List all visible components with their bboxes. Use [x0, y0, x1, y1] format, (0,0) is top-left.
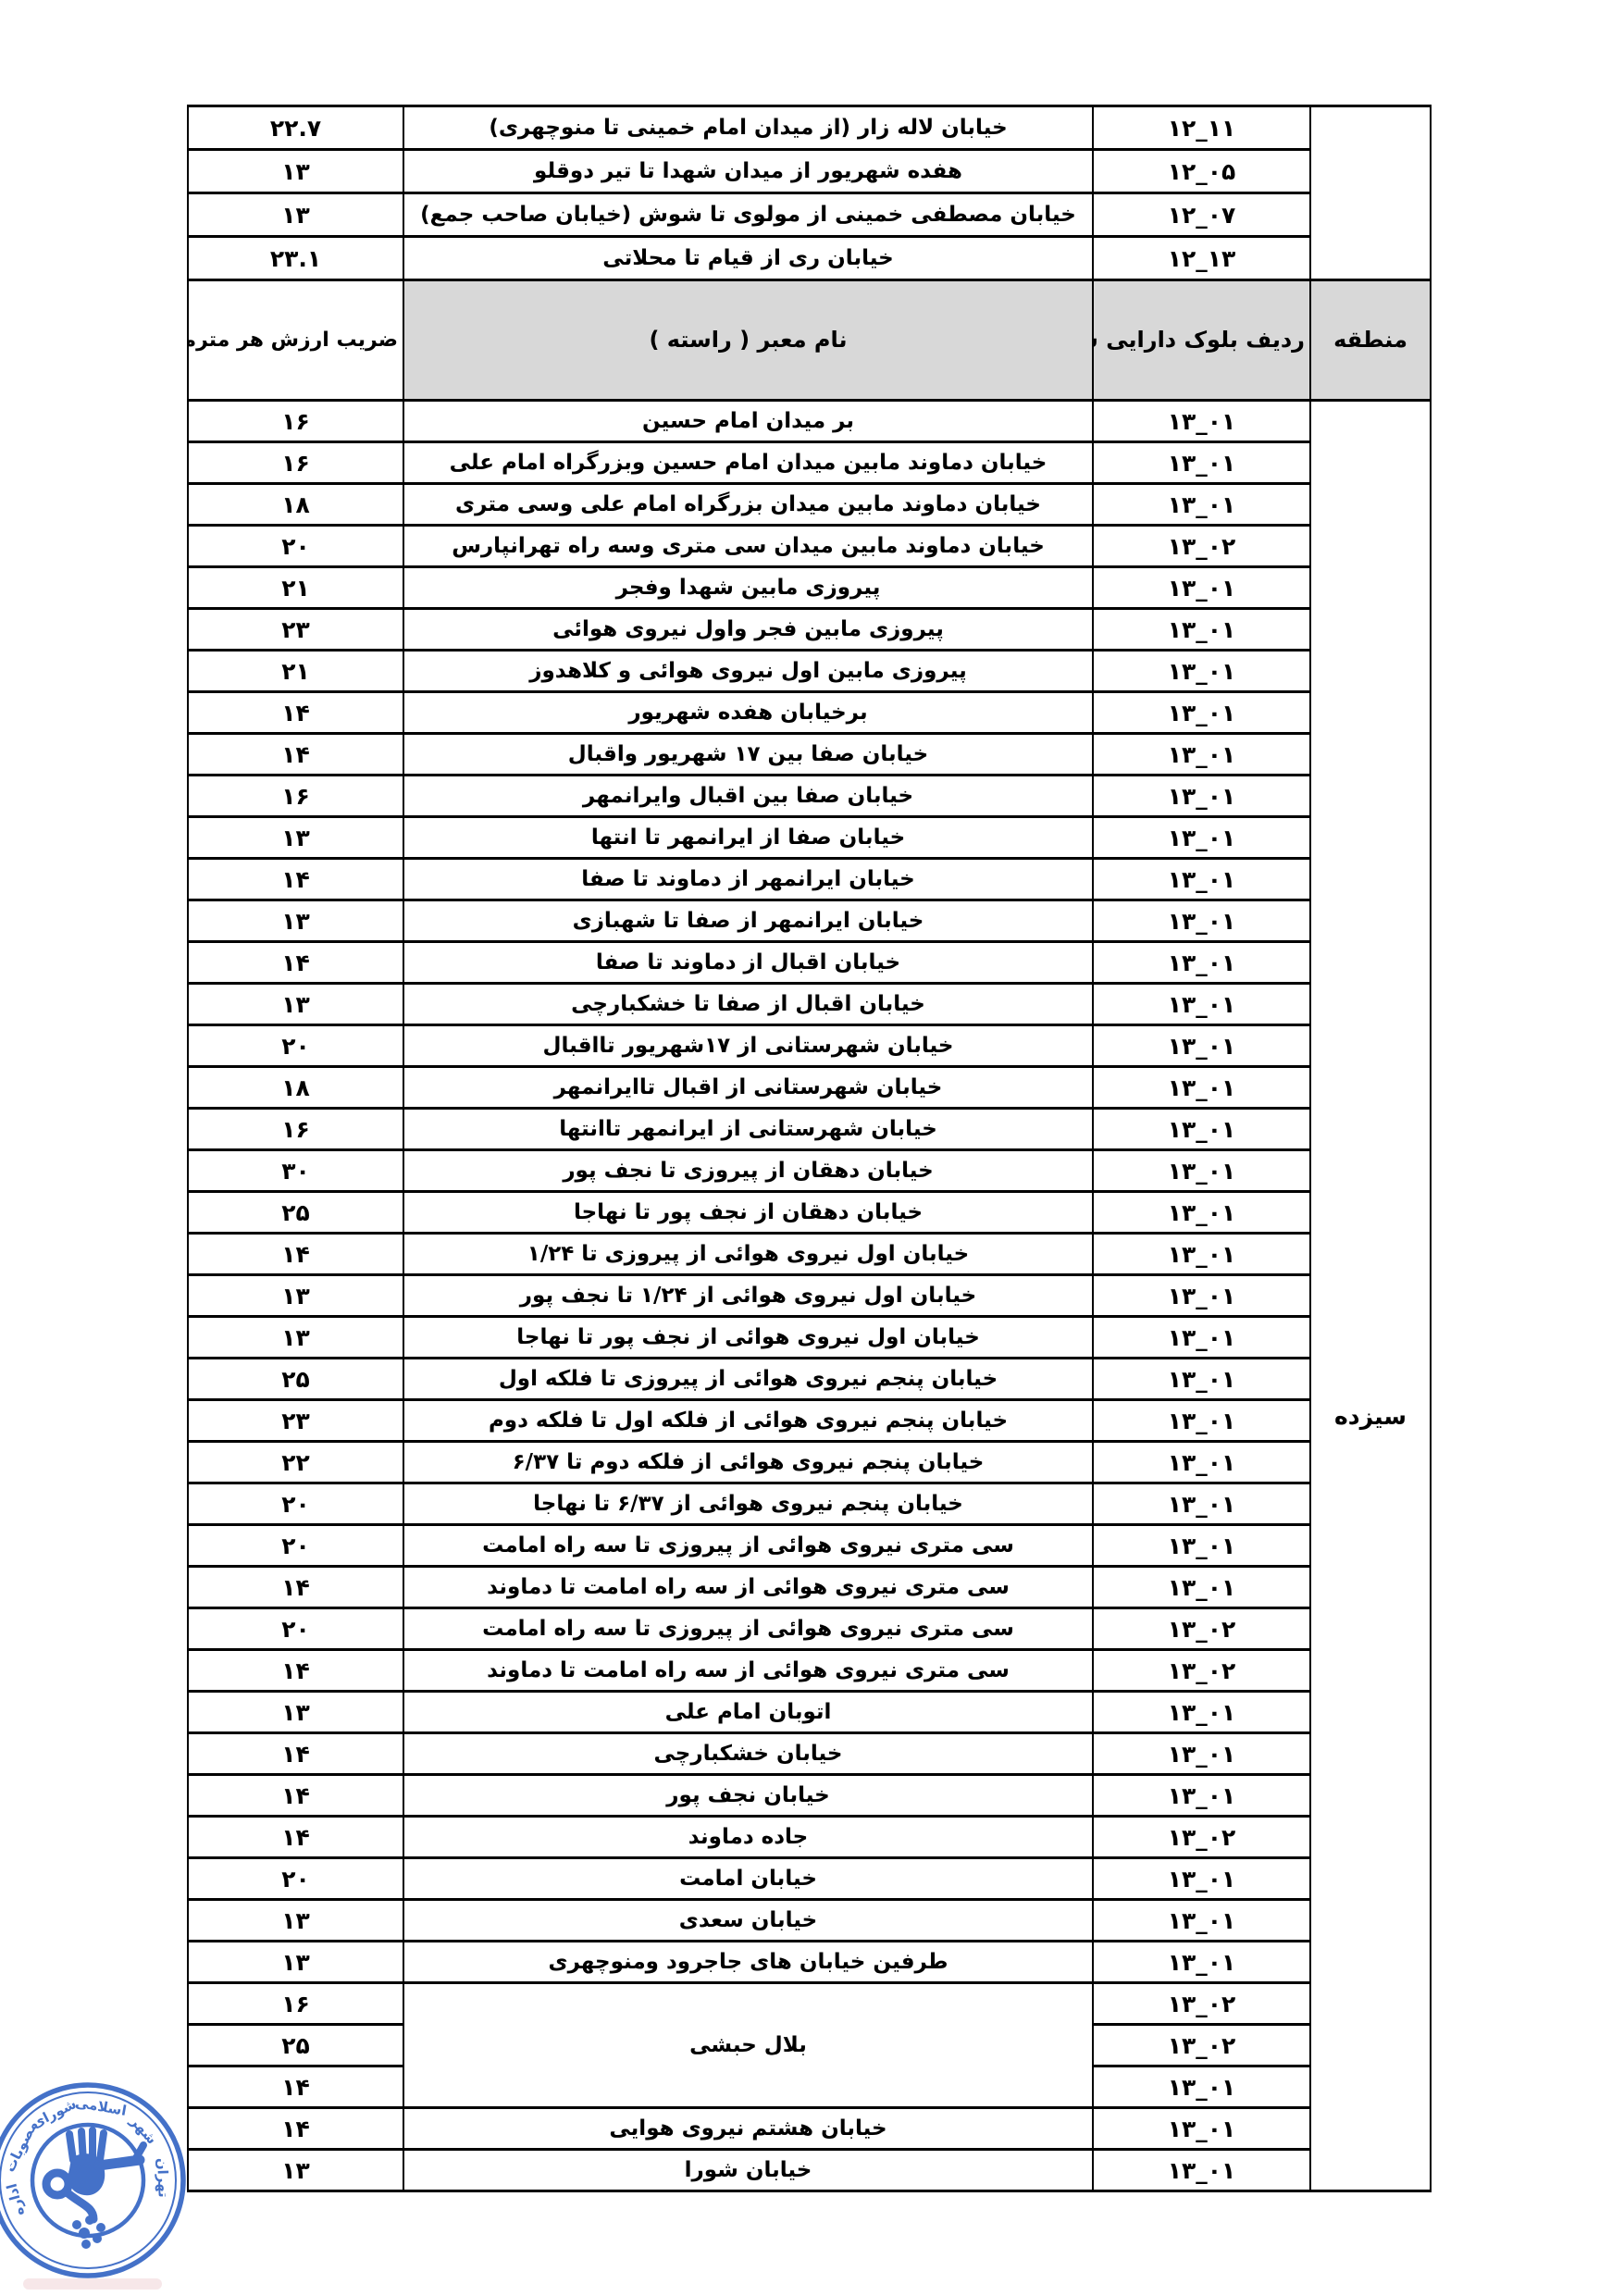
block-code-cell: ۱۳_۰۱: [1093, 609, 1310, 651]
table-row: ۱۳_۰۱خیابان اول نیروی هوائی از پیروزی تا…: [188, 1234, 1431, 1275]
value-cell: ۲۵: [188, 1359, 403, 1400]
table-row: ۱۳_۰۱سی متری نیروی هوائی از سه راه امامت…: [188, 1567, 1431, 1608]
street-name-cell: خیابان نجف پور: [403, 1775, 1093, 1817]
table-row: ۱۳_۰۱خیابان صفا بین اقبال وایرانمهر۱۶: [188, 776, 1431, 817]
block-code-cell: ۱۲_۱۱: [1093, 106, 1310, 150]
block-code-cell: ۱۲_۰۵: [1093, 150, 1310, 193]
street-name-cell: پیروزی مابین شهدا وفجر: [403, 567, 1093, 609]
street-name-cell: سی متری نیروی هوائی از سه راه امامت تا د…: [403, 1650, 1093, 1692]
table-row: ۱۳_۰۱خیابان اقبال از دماوند تا صفا۱۴: [188, 942, 1431, 984]
region-cell: سیزده: [1310, 401, 1431, 2191]
table-row: ۱۳_۰۱خیابان سعدی۱۳: [188, 1900, 1431, 1942]
value-cell: ۱۶: [188, 1983, 403, 2025]
value-cell: ۲۳.۱: [188, 237, 403, 280]
value-cell: ۱۴: [188, 734, 403, 776]
street-name-cell: خیابان اول نیروی هوائی از ۱/۲۴ تا نجف پو…: [403, 1275, 1093, 1317]
table-body: ۱۲_۱۱خیابان لاله زار (از میدان امام خمین…: [188, 106, 1431, 2191]
value-cell: ۲۳: [188, 609, 403, 651]
street-name-cell: خیابان ری از قیام تا محلاتی: [403, 237, 1093, 280]
table-row: ۱۳_۰۱خیابان خشکبارچی۱۴: [188, 1733, 1431, 1775]
street-name-cell: بلال حبشی: [403, 1983, 1093, 2108]
value-cell: ۲۲.۷: [188, 106, 403, 150]
street-name-cell: جاده دماوند: [403, 1817, 1093, 1858]
block-code-cell: ۱۳_۰۱: [1093, 401, 1310, 442]
block-code-cell: ۱۳_۰۱: [1093, 1567, 1310, 1608]
value-cell: ۲۰: [188, 1483, 403, 1525]
street-name-cell: خیابان پنجم نیروی هوائی از فلکه اول تا ف…: [403, 1400, 1093, 1442]
value-cell: ۱۴: [188, 1733, 403, 1775]
block-code-cell: ۱۳_۰۲: [1093, 2025, 1310, 2066]
block-code-cell: ۱۳_۰۱: [1093, 442, 1310, 484]
document-page: ۱۲_۱۱خیابان لاله زار (از میدان امام خمین…: [0, 0, 1624, 2296]
block-code-cell: ۱۲_۰۷: [1093, 193, 1310, 237]
table-row: ۱۳_۰۲سی متری نیروی هوائی از سه راه امامت…: [188, 1650, 1431, 1692]
block-code-cell: ۱۳_۰۱: [1093, 567, 1310, 609]
street-name-cell: هفده شهریور از میدان شهدا تا تیر دوقلو: [403, 150, 1093, 193]
table-row: ۱۳_۰۱خیابان دماوند مابین میدان امام حسین…: [188, 442, 1431, 484]
ink-smudge-artifact: [23, 2278, 162, 2290]
table-row: ۱۳_۰۱طرفین خیابان های جاجرود ومنوچهری۱۳: [188, 1942, 1431, 1983]
table-row: ۱۳_۰۱پیروزی مابین شهدا وفجر۲۱: [188, 567, 1431, 609]
block-code-cell: ۱۳_۰۱: [1093, 1400, 1310, 1442]
value-cell: ۱۳: [188, 817, 403, 859]
street-name-cell: خیابان ایرانمهر از صفا تا شهبازی: [403, 900, 1093, 942]
value-cell: ۲۰: [188, 526, 403, 567]
street-name-cell: خیابان لاله زار (از میدان امام خمینی تا …: [403, 106, 1093, 150]
block-code-cell: ۱۳_۰۲: [1093, 1817, 1310, 1858]
table-row: ۱۳_۰۱خیابان امامت۲۰: [188, 1858, 1431, 1900]
street-name-cell: خیابان شهرستانی از اقبال تاایرانمهر: [403, 1067, 1093, 1109]
block-code-cell: ۱۳_۰۲: [1093, 1650, 1310, 1692]
table-row: ۱۳_۰۱پیروزی مابین اول نیروی هوائی و کلاه…: [188, 651, 1431, 692]
region-empty-cell: [1310, 106, 1431, 280]
value-cell: ۲۲: [188, 1442, 403, 1483]
value-cell: ۱۴: [188, 942, 403, 984]
block-code-cell: ۱۳_۰۱: [1093, 1692, 1310, 1733]
value-cell: ۱۴: [188, 2066, 403, 2108]
value-cell: ۱۸: [188, 484, 403, 526]
block-code-header-cell: ردیف بلوک دارایی سال ۱۳۹۶: [1093, 280, 1310, 401]
block-code-cell: ۱۳_۰۲: [1093, 1983, 1310, 2025]
table-row: ۱۳_۰۱برخیابان هفده شهریور۱۴: [188, 692, 1431, 734]
table-row: ۱۳_۰۱خیابان اول نیروی هوائی از نجف پور ت…: [188, 1317, 1431, 1359]
value-cell: ۲۰: [188, 1858, 403, 1900]
table-row: ۱۳_۰۲جاده دماوند۱۴: [188, 1817, 1431, 1858]
street-name-cell: برخیابان هفده شهریور: [403, 692, 1093, 734]
table-row: ۱۲_۱۳خیابان ری از قیام تا محلاتی۲۳.۱: [188, 237, 1431, 280]
value-cell: ۲۰: [188, 1525, 403, 1567]
block-code-cell: ۱۳_۰۱: [1093, 1150, 1310, 1192]
street-name-cell: خیابان صفا از ایرانمهر تا انتها: [403, 817, 1093, 859]
street-name-cell: خیابان اول نیروی هوائی از نجف پور تا نها…: [403, 1317, 1093, 1359]
table-row: ۱۳_۰۲بلال حبشی۱۶: [188, 1983, 1431, 2025]
block-code-cell: ۱۳_۰۱: [1093, 1525, 1310, 1567]
value-cell: ۱۴: [188, 2108, 403, 2150]
table-row: ۱۳_۰۱خیابان صفا از ایرانمهر تا انتها۱۳: [188, 817, 1431, 859]
table-row: ۱۳_۰۱خیابان دهقان از نجف پور تا نهاجا۲۵: [188, 1192, 1431, 1234]
block-code-cell: ۱۳_۰۱: [1093, 1025, 1310, 1067]
table-row: ۱۲_۱۱خیابان لاله زار (از میدان امام خمین…: [188, 106, 1431, 150]
street-name-cell: خیابان دهقان از نجف پور تا نهاجا: [403, 1192, 1093, 1234]
table-row: سیزده۱۳_۰۱بر میدان امام حسین۱۶: [188, 401, 1431, 442]
street-name-header-cell: نام معبر ( راسته ): [403, 280, 1093, 401]
street-name-cell: سی متری نیروی هوائی از پیروزی تا سه راه …: [403, 1525, 1093, 1567]
value-cell: ۱۸: [188, 1067, 403, 1109]
street-name-cell: خیابان پنجم نیروی هوائی از پیروزی تا فلک…: [403, 1359, 1093, 1400]
block-code-cell: ۱۳_۰۱: [1093, 734, 1310, 776]
street-valuation-table: ۱۲_۱۱خیابان لاله زار (از میدان امام خمین…: [187, 105, 1432, 2192]
block-code-cell: ۱۳_۰۱: [1093, 692, 1310, 734]
value-cell: ۱۳: [188, 1317, 403, 1359]
block-code-cell: ۱۳_۰۲: [1093, 1608, 1310, 1650]
value-cell: ۱۳: [188, 984, 403, 1025]
value-cell: ۱۴: [188, 1234, 403, 1275]
block-code-cell: ۱۳_۰۱: [1093, 1359, 1310, 1400]
street-name-cell: خیابان امامت: [403, 1858, 1093, 1900]
table-row: ۱۳_۰۱خیابان هشتم نیروی هوایی۱۴: [188, 2108, 1431, 2150]
region-label: سیزده: [1334, 1403, 1407, 1430]
svg-text:تهران: تهران: [154, 2157, 171, 2197]
block-code-cell: ۱۳_۰۱: [1093, 1858, 1310, 1900]
table-row: ۱۳_۰۱خیابان شهرستانی از ۱۷شهریور تااقبال…: [188, 1025, 1431, 1067]
street-name-cell: خیابان صفا بین ۱۷ شهریور واقبال: [403, 734, 1093, 776]
block-code-cell: ۱۳_۰۱: [1093, 1234, 1310, 1275]
block-code-cell: ۱۳_۰۱: [1093, 1900, 1310, 1942]
street-name-cell: خیابان دماوند مابین میدان بزرگراه امام ع…: [403, 484, 1093, 526]
block-code-cell: ۱۳_۰۱: [1093, 1942, 1310, 1983]
value-cell: ۲۱: [188, 567, 403, 609]
value-cell: ۱۳: [188, 2150, 403, 2191]
street-name-cell: خیابان صفا بین اقبال وایرانمهر: [403, 776, 1093, 817]
value-cell: ۱۴: [188, 1567, 403, 1608]
street-name-cell: سی متری نیروی هوائی از پیروزی تا سه راه …: [403, 1608, 1093, 1650]
street-name-cell: خیابان اقبال از دماوند تا صفا: [403, 942, 1093, 984]
table-row: ۱۳_۰۱پیروزی مابین فجر واول نیروی هوائی۲۳: [188, 609, 1431, 651]
table-row: ۱۳_۰۱اتوبان امام علی۱۳: [188, 1692, 1431, 1733]
street-name-cell: خیابان سعدی: [403, 1900, 1093, 1942]
block-code-cell: ۱۳_۰۱: [1093, 1067, 1310, 1109]
block-code-cell: ۱۲_۱۳: [1093, 237, 1310, 280]
street-name-cell: طرفین خیابان های جاجرود ومنوچهری: [403, 1942, 1093, 1983]
table-row: ۱۳_۰۱خیابان اول نیروی هوائی از ۱/۲۴ تا ن…: [188, 1275, 1431, 1317]
value-cell: ۲۰: [188, 1608, 403, 1650]
value-cell: ۱۴: [188, 1817, 403, 1858]
street-name-cell: خیابان شهرستانی از ۱۷شهریور تااقبال: [403, 1025, 1093, 1067]
table-row: ۱۳_۰۱خیابان پنجم نیروی هوائی از فلکه دوم…: [188, 1442, 1431, 1483]
block-code-cell: ۱۳_۰۱: [1093, 984, 1310, 1025]
value-cell: ۱۶: [188, 401, 403, 442]
value-cell: ۲۵: [188, 1192, 403, 1234]
street-name-cell: خیابان دهقان از پیروزی تا نجف پور: [403, 1150, 1093, 1192]
table-row: ۱۳_۰۱خیابان شورا۱۳: [188, 2150, 1431, 2191]
value-header-cell: ضریب ارزش هر مترمربع بنای تجاری (پیشنهاد…: [188, 280, 403, 401]
street-name-cell: خیابان اول نیروی هوائی از پیروزی تا ۱/۲۴: [403, 1234, 1093, 1275]
street-name-cell: خیابان شورا: [403, 2150, 1093, 2191]
block-code-cell: ۱۳_۰۱: [1093, 484, 1310, 526]
block-code-cell: ۱۳_۰۱: [1093, 651, 1310, 692]
value-cell: ۲۳: [188, 1400, 403, 1442]
street-name-cell: خیابان دماوند مابین میدان سی متری وسه را…: [403, 526, 1093, 567]
value-cell: ۱۳: [188, 193, 403, 237]
block-code-cell: ۱۳_۰۱: [1093, 1775, 1310, 1817]
table-row: ۱۳_۰۱خیابان اقبال از صفا تا خشکبارچی۱۳: [188, 984, 1431, 1025]
table-row: ۱۳_۰۱سی متری نیروی هوائی از پیروزی تا سه…: [188, 1525, 1431, 1567]
street-name-cell: خیابان اقبال از صفا تا خشکبارچی: [403, 984, 1093, 1025]
table-row: ۱۳_۰۱خیابان ایرانمهر از صفا تا شهبازی۱۳: [188, 900, 1431, 942]
value-cell: ۳۰: [188, 1150, 403, 1192]
table-row: ۱۳_۰۱خیابان پنجم نیروی هوائی از ۶/۳۷ تا …: [188, 1483, 1431, 1525]
table-row: ۱۳_۰۲خیابان دماوند مابین میدان سی متری و…: [188, 526, 1431, 567]
block-code-cell: ۱۳_۰۱: [1093, 1483, 1310, 1525]
value-cell: ۱۳: [188, 1900, 403, 1942]
table-row: ۱۳_۰۱خیابان شهرستانی از اقبال تاایرانمهر…: [188, 1067, 1431, 1109]
street-name-cell: بر میدان امام حسین: [403, 401, 1093, 442]
street-name-cell: خیابان دماوند مابین میدان امام حسین وبزر…: [403, 442, 1093, 484]
block-code-cell: ۱۳_۰۱: [1093, 2066, 1310, 2108]
street-name-cell: خیابان ایرانمهر از دماوند تا صفا: [403, 859, 1093, 900]
block-code-cell: ۱۳_۰۱: [1093, 1317, 1310, 1359]
value-cell: ۱۴: [188, 692, 403, 734]
street-name-cell: خیابان مصطفی خمینی از مولوی تا شوش (خیاب…: [403, 193, 1093, 237]
value-cell: ۱۶: [188, 1109, 403, 1150]
table-row: ۱۳_۰۲سی متری نیروی هوائی از پیروزی تا سه…: [188, 1608, 1431, 1650]
value-cell: ۱۳: [188, 900, 403, 942]
block-code-cell: ۱۳_۰۱: [1093, 1442, 1310, 1483]
street-name-cell: خیابان هشتم نیروی هوایی: [403, 2108, 1093, 2150]
council-stamp-icon: ادارهمصوباتشورایاسلامیشهرتهران: [0, 2069, 199, 2291]
table-row: ۱۳_۰۱خیابان پنجم نیروی هوائی از فلکه اول…: [188, 1400, 1431, 1442]
value-cell: ۱۳: [188, 1942, 403, 1983]
street-name-cell: خیابان خشکبارچی: [403, 1733, 1093, 1775]
value-cell: ۱۴: [188, 1650, 403, 1692]
block-code-cell: ۱۳_۰۱: [1093, 2108, 1310, 2150]
table-row: ۱۳_۰۱خیابان دماوند مابین میدان بزرگراه ا…: [188, 484, 1431, 526]
block-code-cell: ۱۳_۰۱: [1093, 942, 1310, 984]
block-code-cell: ۱۳_۰۱: [1093, 1192, 1310, 1234]
block-code-cell: ۱۳_۰۲: [1093, 526, 1310, 567]
table-row: ۱۳_۰۱خیابان صفا بین ۱۷ شهریور واقبال۱۴: [188, 734, 1431, 776]
street-name-cell: پیروزی مابین اول نیروی هوائی و کلاهدوز: [403, 651, 1093, 692]
block-code-cell: ۱۳_۰۱: [1093, 900, 1310, 942]
table-row: ۱۳_۰۱خیابان شهرستانی از ایرانمهر تاانتها…: [188, 1109, 1431, 1150]
block-code-cell: ۱۳_۰۱: [1093, 1275, 1310, 1317]
block-code-cell: ۱۳_۰۱: [1093, 1733, 1310, 1775]
block-code-cell: ۱۳_۰۱: [1093, 817, 1310, 859]
value-cell: ۱۴: [188, 1775, 403, 1817]
region-header-cell: منطقه: [1310, 280, 1431, 401]
street-name-cell: اتوبان امام علی: [403, 1692, 1093, 1733]
value-cell: ۱۳: [188, 1275, 403, 1317]
value-cell: ۱۴: [188, 859, 403, 900]
value-cell: ۲۰: [188, 1025, 403, 1067]
table-row: ۱۲_۰۵هفده شهریور از میدان شهدا تا تیر دو…: [188, 150, 1431, 193]
table-row: ۱۳_۰۱خیابان دهقان از پیروزی تا نجف پور۳۰: [188, 1150, 1431, 1192]
value-cell: ۱۳: [188, 1692, 403, 1733]
table-row: ۱۲_۰۷خیابان مصطفی خمینی از مولوی تا شوش …: [188, 193, 1431, 237]
street-name-cell: خیابان پنجم نیروی هوائی از ۶/۳۷ تا نهاجا: [403, 1483, 1093, 1525]
street-name-cell: پیروزی مابین فجر واول نیروی هوائی: [403, 609, 1093, 651]
block-code-cell: ۱۳_۰۱: [1093, 2150, 1310, 2191]
street-name-cell: خیابان شهرستانی از ایرانمهر تاانتها: [403, 1109, 1093, 1150]
value-cell: ۲۱: [188, 651, 403, 692]
street-name-cell: سی متری نیروی هوائی از سه راه امامت تا د…: [403, 1567, 1093, 1608]
value-cell: ۱۶: [188, 442, 403, 484]
value-cell: ۱۶: [188, 776, 403, 817]
value-cell: ۲۵: [188, 2025, 403, 2066]
table-row: ۱۳_۰۱خیابان ایرانمهر از دماوند تا صفا۱۴: [188, 859, 1431, 900]
block-code-cell: ۱۳_۰۱: [1093, 1109, 1310, 1150]
block-code-cell: ۱۳_۰۱: [1093, 859, 1310, 900]
value-cell: ۱۳: [188, 150, 403, 193]
header-row: منطقه ردیف بلوک دارایی سال ۱۳۹۶ نام معبر…: [188, 280, 1431, 401]
table-row: ۱۳_۰۱خیابان نجف پور۱۴: [188, 1775, 1431, 1817]
block-code-cell: ۱۳_۰۱: [1093, 776, 1310, 817]
street-name-cell: خیابان پنجم نیروی هوائی از فلکه دوم تا ۶…: [403, 1442, 1093, 1483]
table-row: ۱۳_۰۱خیابان پنجم نیروی هوائی از پیروزی ت…: [188, 1359, 1431, 1400]
